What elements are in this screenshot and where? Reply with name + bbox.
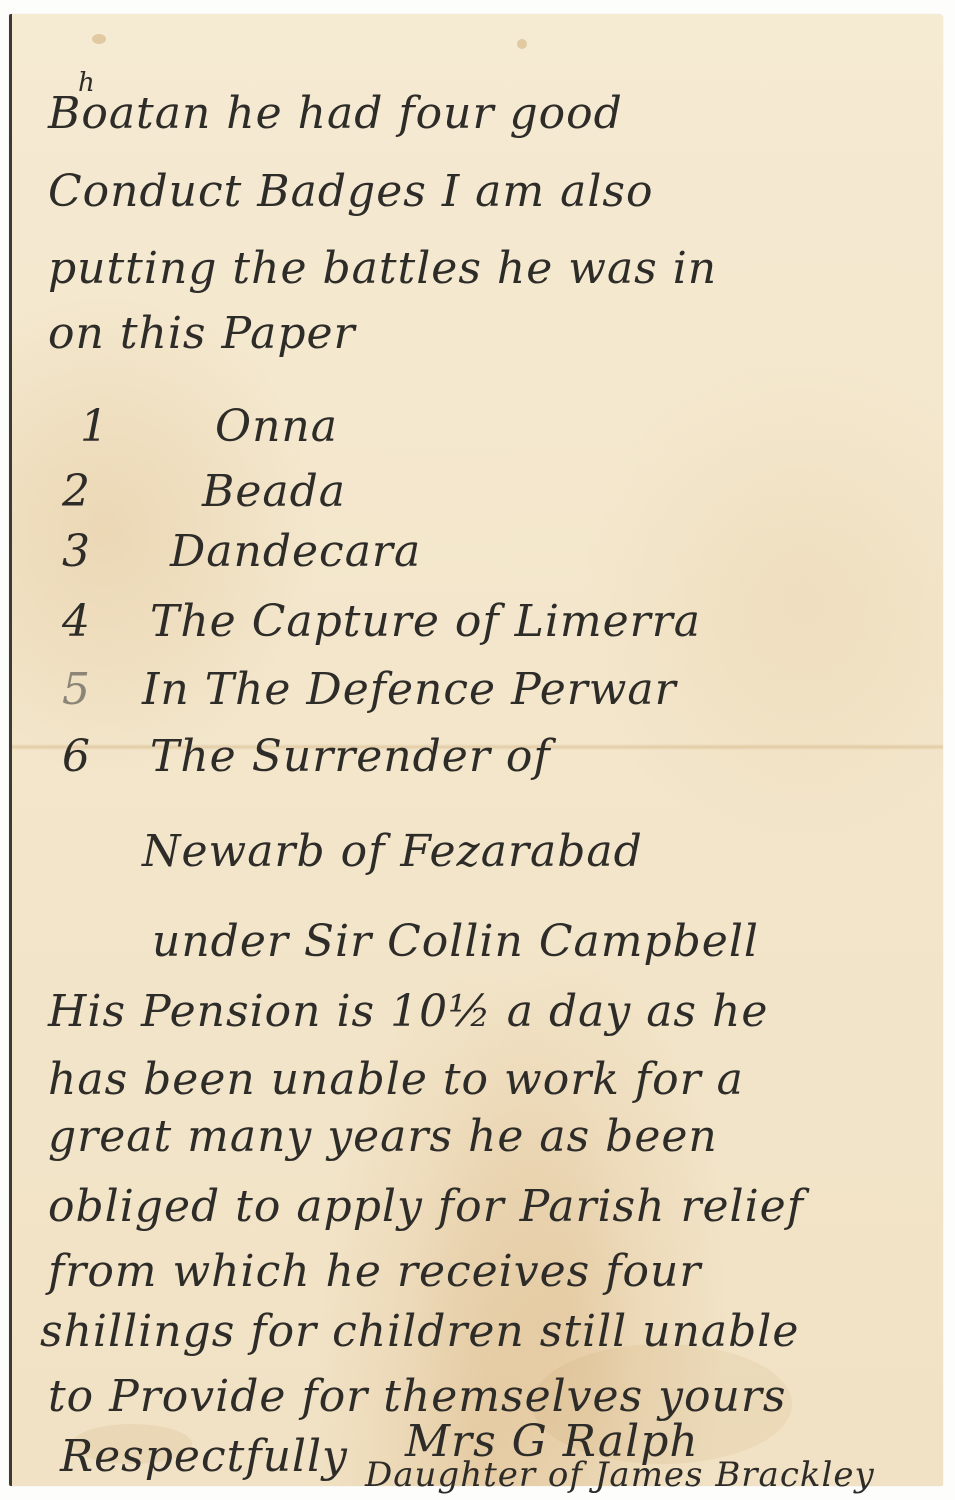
battle-item-3: 3Dandecara <box>62 530 421 574</box>
battle-item-1: 1Onna <box>80 405 338 449</box>
battle-item-6: 6The Surrender of <box>62 735 551 779</box>
foxing-spot <box>517 39 527 49</box>
battle-continuation-2: under Sir Collin Campbell <box>152 920 759 964</box>
battle-name: In The Defence Perwar <box>142 664 677 715</box>
battle-number: 5 <box>62 668 142 712</box>
battle-name: Dandecara <box>170 526 421 577</box>
battle-name: The Capture of Limerra <box>150 596 701 647</box>
battle-number: 4 <box>62 600 150 644</box>
body-line-5: from which he receives four <box>48 1250 701 1294</box>
closing-word: Respectfully <box>60 1435 348 1479</box>
body-line-2: has been unable to work for a <box>48 1058 744 1102</box>
battle-item-4: 4The Capture of Limerra <box>62 600 701 644</box>
battle-number: 2 <box>62 470 202 514</box>
battle-number: 3 <box>62 530 170 574</box>
battle-name: The Surrender of <box>150 731 551 782</box>
body-line-3: great many years he as been <box>48 1115 718 1159</box>
intro-line-3: putting the battles he was in <box>48 247 717 291</box>
battle-continuation-1: Newarb of Fezarabad <box>142 830 643 874</box>
body-line-7: to Provide for themselves yours <box>48 1375 786 1419</box>
battle-number: 6 <box>62 735 150 779</box>
body-line-4: obliged to apply for Parish relief <box>48 1185 804 1229</box>
intro-line-1: Boatan he had four good <box>48 92 623 136</box>
intro-line-2: Conduct Badges I am also <box>48 170 654 214</box>
signature-subline: Daughter of James Brackley <box>365 1458 875 1492</box>
battle-item-5: 5In The Defence Perwar <box>62 668 677 712</box>
body-line-1: His Pension is 10½ a day as he <box>48 990 768 1034</box>
intro-line-4: on this Paper <box>48 312 356 356</box>
battle-number: 1 <box>80 405 215 449</box>
body-line-6: shillings for children still unable <box>40 1310 799 1354</box>
battle-name: Onna <box>215 401 338 452</box>
battle-name: Beada <box>202 466 346 517</box>
foxing-spot <box>92 34 106 44</box>
battle-item-2: 2Beada <box>62 470 346 514</box>
